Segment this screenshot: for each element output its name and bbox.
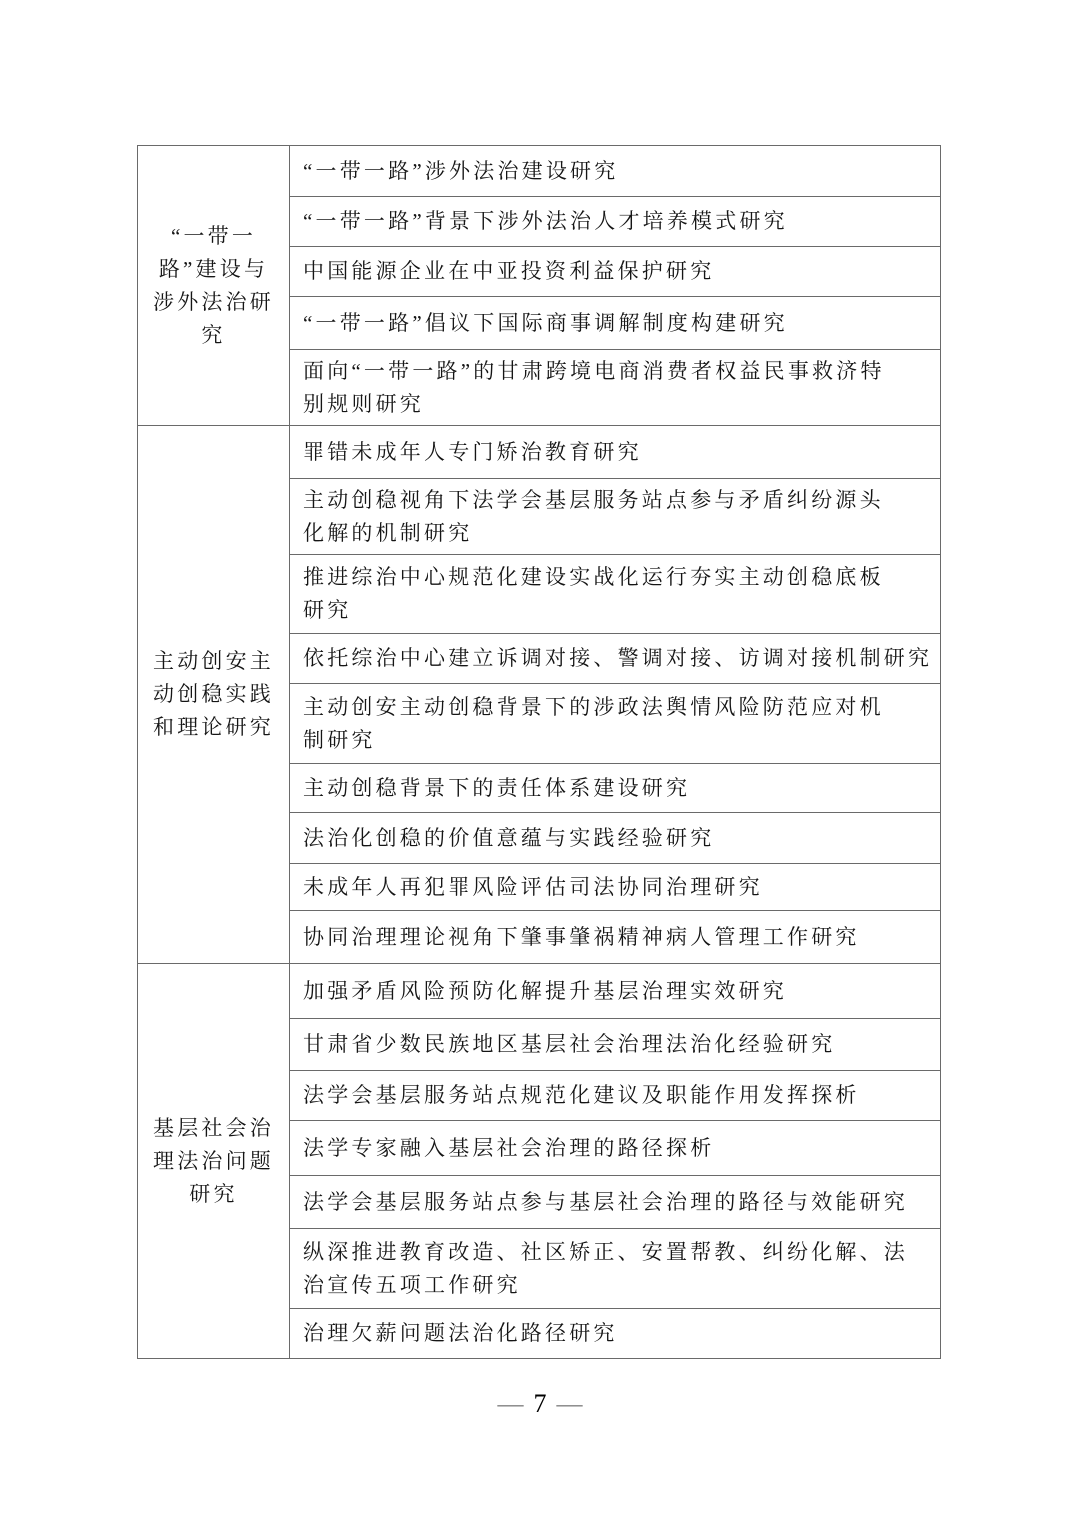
page-number-value: 7 <box>534 1389 547 1418</box>
topic-cell: 主动创稳视角下法学会基层服务站点参与矛盾纠纷源头 化解的机制研究 <box>290 479 941 555</box>
topic-cell: “一带一路”涉外法治建设研究 <box>290 146 941 197</box>
page-number-left-dash: — <box>498 1389 524 1418</box>
topic-cell: 治理欠薪问题法治化路径研究 <box>290 1309 941 1359</box>
category-cell-proactive-stability: 主动创安主 动创稳实践 和理论研究 <box>138 426 290 964</box>
topic-cell: 协同治理理论视角下肇事肇祸精神病人管理工作研究 <box>290 911 941 964</box>
topic-cell: 法学专家融入基层社会治理的路径探析 <box>290 1121 941 1176</box>
topic-cell: 依托综治中心建立诉调对接、警调对接、访调对接机制研究 <box>290 634 941 684</box>
document-page: “一带一 路”建设与 涉外法治研 究 “一带一路”涉外法治建设研究 “一带一路”… <box>0 0 1080 1527</box>
topic-cell: 未成年人再犯罪风险评估司法协同治理研究 <box>290 864 941 911</box>
topic-cell: 纵深推进教育改造、社区矫正、安置帮教、纠纷化解、法 治宣传五项工作研究 <box>290 1229 941 1309</box>
category-cell-grassroots-governance: 基层社会治 理法治问题 研究 <box>138 964 290 1359</box>
topic-cell: 甘肃省少数民族地区基层社会治理法治化经验研究 <box>290 1019 941 1071</box>
topic-cell: “一带一路”倡议下国际商事调解制度构建研究 <box>290 297 941 350</box>
page-number-right-dash: — <box>557 1389 583 1418</box>
category-cell-belt-and-road: “一带一 路”建设与 涉外法治研 究 <box>138 146 290 426</box>
topic-cell: 罪错未成年人专门矫治教育研究 <box>290 426 941 479</box>
topic-cell: 法学会基层服务站点规范化建议及职能作用发挥探析 <box>290 1071 941 1121</box>
topic-cell: 主动创稳背景下的责任体系建设研究 <box>290 764 941 813</box>
topic-cell: 推进综治中心规范化建设实战化运行夯实主动创稳底板 研究 <box>290 555 941 634</box>
topic-cell: 面向“一带一路”的甘肃跨境电商消费者权益民事救济特 别规则研究 <box>290 350 941 426</box>
topic-cell: 法学会基层服务站点参与基层社会治理的路径与效能研究 <box>290 1176 941 1229</box>
topic-cell: 主动创安主动创稳背景下的涉政法舆情风险防范应对机 制研究 <box>290 684 941 764</box>
topic-cell: “一带一路”背景下涉外法治人才培养模式研究 <box>290 197 941 247</box>
page-number: —7— <box>0 1386 1080 1422</box>
research-topics-table-wrap: “一带一 路”建设与 涉外法治研 究 “一带一路”涉外法治建设研究 “一带一路”… <box>137 145 940 1359</box>
topic-cell: 加强矛盾风险预防化解提升基层治理实效研究 <box>290 964 941 1019</box>
topic-cell: 中国能源企业在中亚投资利益保护研究 <box>290 247 941 297</box>
topic-cell: 法治化创稳的价值意蕴与实践经验研究 <box>290 813 941 864</box>
research-topics-table: “一带一 路”建设与 涉外法治研 究 “一带一路”涉外法治建设研究 “一带一路”… <box>137 145 941 1359</box>
